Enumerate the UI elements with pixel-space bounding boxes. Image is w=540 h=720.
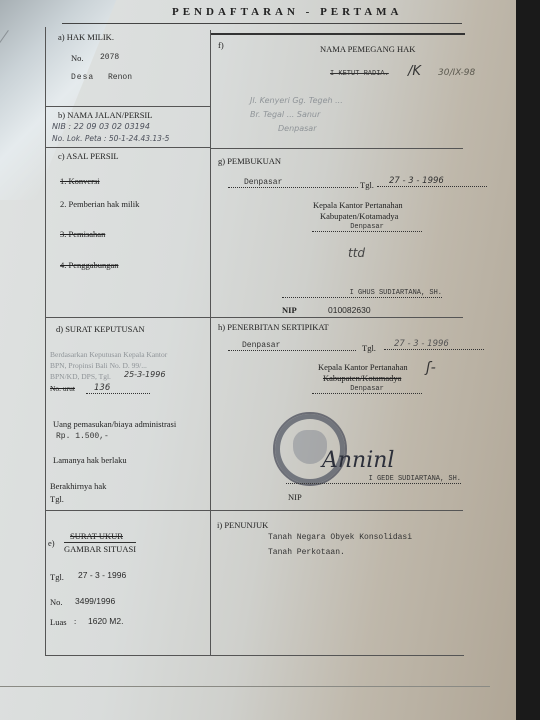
asal-persil-item-1: 1. Konversi xyxy=(60,176,100,186)
section-f-label: f) xyxy=(218,40,224,50)
address-handwritten-1: Jl. Kenyeri Gg. Tegeh ... xyxy=(250,96,343,105)
penerbitan-nip-label: NIP xyxy=(288,492,302,502)
section-g-label: g) PEMBUKUAN xyxy=(218,156,281,166)
column-divider xyxy=(210,30,211,655)
address-handwritten-3: Denpasar xyxy=(278,124,317,133)
section-c-label: c) ASAL PERSIL xyxy=(58,151,119,161)
hak-milik-number: 2078 xyxy=(100,53,119,62)
expiry-date-label: Tgl. xyxy=(50,494,64,504)
expiry-label: Berakhirnya hak xyxy=(50,481,106,491)
pembukuan-date-label: Tgl. xyxy=(360,180,374,190)
signature-ttd: ttd xyxy=(348,246,365,260)
gs-number: 3499/1996 xyxy=(75,596,115,606)
fee-label: Uang pemasukan/biaya administrasi xyxy=(53,419,176,429)
area-colon: : xyxy=(74,617,76,626)
section-a-label: a) HAK MILIK. xyxy=(58,32,114,42)
penerbitan-place: Denpasar xyxy=(228,341,356,351)
gs-date: 27 - 3 - 1996 xyxy=(78,570,126,580)
nib-handwritten: NIB : 22 09 03 02 03194 xyxy=(52,122,150,131)
fee-value: Rp. 1.500,- xyxy=(56,432,109,441)
handwritten-date: 30/IX-98 xyxy=(438,68,475,78)
penerbitan-date: 27 - 3 - 1996 xyxy=(384,339,484,350)
pembukuan-place: Denpasar xyxy=(228,178,358,188)
decree-line-2: BPN, Propinsi Bali No. D. 99/... xyxy=(50,361,147,370)
hak-milik-number-label: No. xyxy=(71,53,84,63)
penerbitan-official-name: I GEDE SUDIARTANA, SH. xyxy=(286,475,461,484)
lokasi-peta-handwritten: No. Lok. Peta : 50-1-24.43.13-5 xyxy=(52,134,169,143)
asal-persil-item-3: 3. Pemisahan xyxy=(60,229,105,239)
urut-value: 136 xyxy=(86,383,150,394)
pembukuan-office-line2: Kabupaten/Kotamadya xyxy=(320,211,398,221)
gs-number-label: No. xyxy=(50,597,63,607)
divider-cg-dh xyxy=(45,317,463,318)
address-handwritten-2: Br. Tegal ... Sanur xyxy=(250,110,320,119)
penerbitan-date-label: Tgl. xyxy=(362,343,376,353)
holder-name-struck: I KETUT RADIA. xyxy=(330,70,389,78)
area-label: Luas xyxy=(50,617,67,627)
area-value: 1620 M2. xyxy=(88,616,123,626)
section-h-label: h) PENERBITAN SERTIPIKAT xyxy=(218,322,329,332)
divider-a-b xyxy=(45,106,210,107)
desa-label: Desa xyxy=(71,73,94,82)
penerbitan-office-line2: Kabupaten/Kotamadya xyxy=(323,373,401,383)
decree-line-3-prefix: BPN/KD, DPS, Tgl. xyxy=(50,372,111,381)
gs-date-label: Tgl. xyxy=(50,572,64,582)
section-b-label: b) NAMA JALAN/PERSIL xyxy=(58,110,152,120)
official-signature: Anninl xyxy=(322,448,394,473)
top-rule xyxy=(62,23,462,24)
gambar-situasi-title: GAMBAR SITUASI xyxy=(64,542,136,554)
surat-ukur-struck: SURAT UKUR xyxy=(70,531,123,541)
decree-date: 25-3-1996 xyxy=(124,370,165,379)
nama-pemegang-hak-heading: NAMA PEMEGANG HAK xyxy=(320,44,415,54)
asal-persil-item-4: 4. Penggabungan xyxy=(60,260,119,270)
penerbitan-office-city: Denpasar xyxy=(312,385,422,394)
divider-f-g xyxy=(210,148,463,149)
initial-mark: /K xyxy=(408,64,421,79)
desa-value: Renon xyxy=(108,73,132,82)
document-page: PENDAFTARAN - PERTAMA a) HAK MILIK. No. … xyxy=(0,0,516,720)
pembukuan-official-name: I GHUS SUDIARTANA, SH. xyxy=(282,289,442,298)
urut-label: No. urut xyxy=(50,384,75,393)
decree-line-1: Berdasarkan Keputusan Kepala Kantor xyxy=(50,350,167,359)
paraf-mark: ʃ- xyxy=(426,360,436,376)
bottom-rule xyxy=(0,686,490,687)
penunjuk-line-2: Tanah Perkotaan. xyxy=(268,548,345,557)
duration-label: Lamanya hak berlaku xyxy=(53,455,127,465)
pembukuan-nip-label: NIP xyxy=(282,305,297,315)
section-d-label: d) SURAT KEPUTUSAN xyxy=(56,324,145,334)
section-i-label: i) PENUNJUK xyxy=(217,520,268,530)
pembukuan-nip: 010082630 xyxy=(328,305,371,315)
divider-b-c xyxy=(45,147,210,148)
asal-persil-item-2: 2. Pemberian hak milik xyxy=(60,199,139,209)
document-title: PENDAFTARAN - PERTAMA xyxy=(172,6,402,18)
divider-dh-ei xyxy=(45,510,463,511)
pembukuan-office-line1: Kepala Kantor Pertanahan xyxy=(313,200,403,210)
penerbitan-office-line1: Kepala Kantor Pertanahan xyxy=(318,362,408,372)
penunjuk-line-1: Tanah Negara Obyek Konsolidasi xyxy=(268,533,412,542)
section-e-label: e) xyxy=(48,538,55,548)
pembukuan-date: 27 - 3 - 1996 xyxy=(377,176,487,187)
pembukuan-office-city: Denpasar xyxy=(312,223,422,232)
